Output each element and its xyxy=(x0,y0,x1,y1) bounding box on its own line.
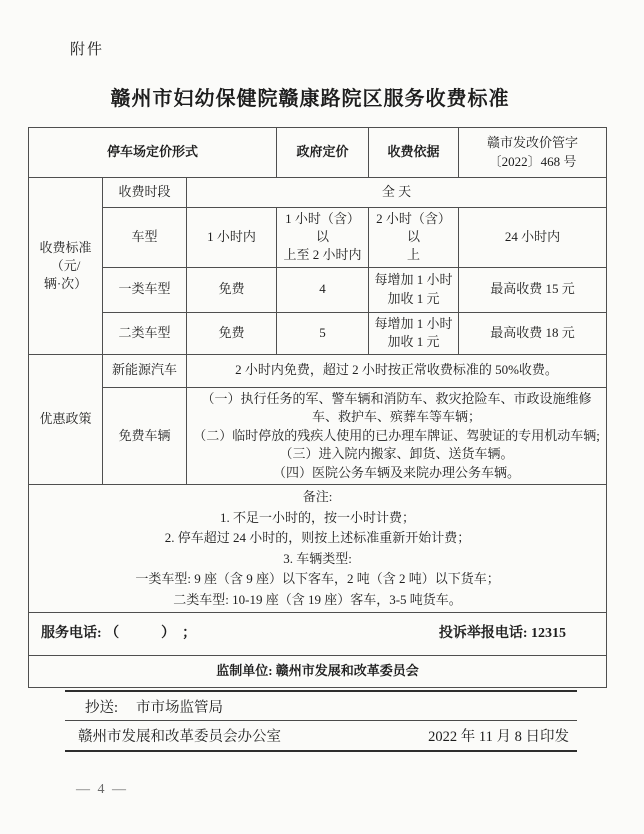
table-row-class2: 二类车型 免费 5 每增加 1 小时 加收 1 元 最高收费 18 元 xyxy=(29,312,607,354)
pricing-form-label: 停车场定价形式 xyxy=(29,128,277,178)
col-header-within-24h: 24 小时内 xyxy=(459,208,607,268)
free-vehicles-item: （一）执行任务的军、警车辆和消防车、救灾抢险车、市政设施维修车、救护车、殡葬车等… xyxy=(191,390,602,427)
class2-1h-to-2h: 5 xyxy=(277,312,369,354)
new-energy-label: 新能源汽车 xyxy=(103,354,187,387)
cc-value: 市市场监管局 xyxy=(136,696,223,717)
col-header-1h-to-2h: 1 小时（含）以 上至 2 小时内 xyxy=(277,208,369,268)
new-energy-value: 2 小时内免费，超过 2 小时按正常收费标准的 50%收费。 xyxy=(187,354,607,387)
discount-section-label: 优惠政策 xyxy=(29,354,103,485)
cc-label: 抄送: xyxy=(85,696,118,717)
table-row-column-headers: 车型 1 小时内 1 小时（含）以 上至 2 小时内 2 小时（含）以 上 24… xyxy=(29,208,607,268)
table-row-supervisor: 监制单位: 赣州市发展和改革委员会 xyxy=(29,656,607,688)
remark-line: 2. 停车超过 24 小时的，则按上述标准重新开始计费； xyxy=(33,528,602,549)
remarks-title: 备注: xyxy=(33,487,602,508)
class2-within-1h: 免费 xyxy=(187,312,277,354)
fee-standard-table: 停车场定价形式 政府定价 收费依据 赣市发改价管字 〔2022〕468 号 收费… xyxy=(28,127,607,688)
col-header-within-1h: 1 小时内 xyxy=(187,208,277,268)
table-row-free-vehicles: 免费车辆 （一）执行任务的军、警车辆和消防车、救灾抢险车、市政设施维修车、救护车… xyxy=(29,387,607,485)
issuer-label: 赣州市发展和改革委员会办公室 xyxy=(78,725,281,746)
period-label: 收费时段 xyxy=(103,178,187,208)
document-page: 附件 赣州市妇幼保健院赣康路院区服务收费标准 停车场定价形式 政府定价 收费依据… xyxy=(0,0,644,834)
attachment-label: 附件 xyxy=(70,38,104,59)
page-title: 赣州市妇幼保健院赣康路院区服务收费标准 xyxy=(0,82,620,111)
class1-over-2h: 每增加 1 小时 加收 1 元 xyxy=(369,267,459,312)
class2-within-24h: 最高收费 18 元 xyxy=(459,312,607,354)
document-footer: 抄送: 市市场监管局 赣州市发展和改革委员会办公室 2022 年 11 月 8 … xyxy=(65,690,577,752)
issue-date: 2022 年 11 月 8 日印发 xyxy=(428,725,569,746)
col-header-over-2h: 2 小时（含）以 上 xyxy=(369,208,459,268)
free-vehicles-item: （二）临时停放的残疾人使用的已办理车牌证、驾驶证的专用机动车辆; xyxy=(191,427,602,446)
remarks-block: 备注: 1. 不足一小时的，按一小时计费； 2. 停车超过 24 小时的，则按上… xyxy=(29,485,607,613)
free-vehicles-item: （三）进入院内搬家、卸货、送货车辆。 xyxy=(191,445,602,464)
period-value: 全 天 xyxy=(187,178,607,208)
class1-1h-to-2h: 4 xyxy=(277,267,369,312)
table-row-new-energy: 优惠政策 新能源汽车 2 小时内免费，超过 2 小时按正常收费标准的 50%收费… xyxy=(29,354,607,387)
standard-section-label: 收费标准 （元/ 辆·次） xyxy=(29,178,103,355)
fee-basis-label: 收费依据 xyxy=(369,128,459,178)
class2-over-2h: 每增加 1 小时 加收 1 元 xyxy=(369,312,459,354)
free-vehicles-list: （一）执行任务的军、警车辆和消防车、救灾抢险车、市政设施维修车、救护车、殡葬车等… xyxy=(187,387,607,485)
table-row-phones: 服务电话: （ ） ； 投诉举报电话: 12315 xyxy=(29,613,607,656)
free-vehicles-item: （四）医院公务车辆及来院办理公务车辆。 xyxy=(191,464,602,483)
complaint-phone-label: 投诉举报电话: 12315 xyxy=(439,624,566,644)
remark-line: 一类车型: 9 座（含 9 座）以下客车，2 吨（含 2 吨）以下货车； xyxy=(33,569,602,590)
class1-within-1h: 免费 xyxy=(187,267,277,312)
table-row-pricing-form: 停车场定价形式 政府定价 收费依据 赣市发改价管字 〔2022〕468 号 xyxy=(29,128,607,178)
remark-line: 1. 不足一小时的，按一小时计费； xyxy=(33,508,602,529)
free-vehicles-label: 免费车辆 xyxy=(103,387,187,485)
cc-row: 抄送: 市市场监管局 xyxy=(65,690,577,721)
fee-basis-value: 赣市发改价管字 〔2022〕468 号 xyxy=(459,128,607,178)
remark-line: 3. 车辆类型: xyxy=(33,549,602,570)
issue-row: 赣州市发展和改革委员会办公室 2022 年 11 月 8 日印发 xyxy=(65,721,577,752)
class2-type: 二类车型 xyxy=(103,312,187,354)
phones-cell: 服务电话: （ ） ； 投诉举报电话: 12315 xyxy=(29,613,607,656)
table-row-remarks: 备注: 1. 不足一小时的，按一小时计费； 2. 停车超过 24 小时的，则按上… xyxy=(29,485,607,613)
pricing-form-value: 政府定价 xyxy=(277,128,369,178)
service-phone-label: 服务电话: （ ） ； xyxy=(41,624,196,644)
table-row-class1: 一类车型 免费 4 每增加 1 小时 加收 1 元 最高收费 15 元 xyxy=(29,267,607,312)
table-row-period: 收费标准 （元/ 辆·次） 收费时段 全 天 xyxy=(29,178,607,208)
page-number: — 4 — xyxy=(76,782,128,798)
vehicle-type-header: 车型 xyxy=(103,208,187,268)
supervisor-label: 监制单位: 赣州市发展和改革委员会 xyxy=(29,656,607,688)
class1-within-24h: 最高收费 15 元 xyxy=(459,267,607,312)
remark-line: 二类车型: 10-19 座（含 19 座）客车，3-5 吨货车。 xyxy=(33,590,602,611)
class1-type: 一类车型 xyxy=(103,267,187,312)
